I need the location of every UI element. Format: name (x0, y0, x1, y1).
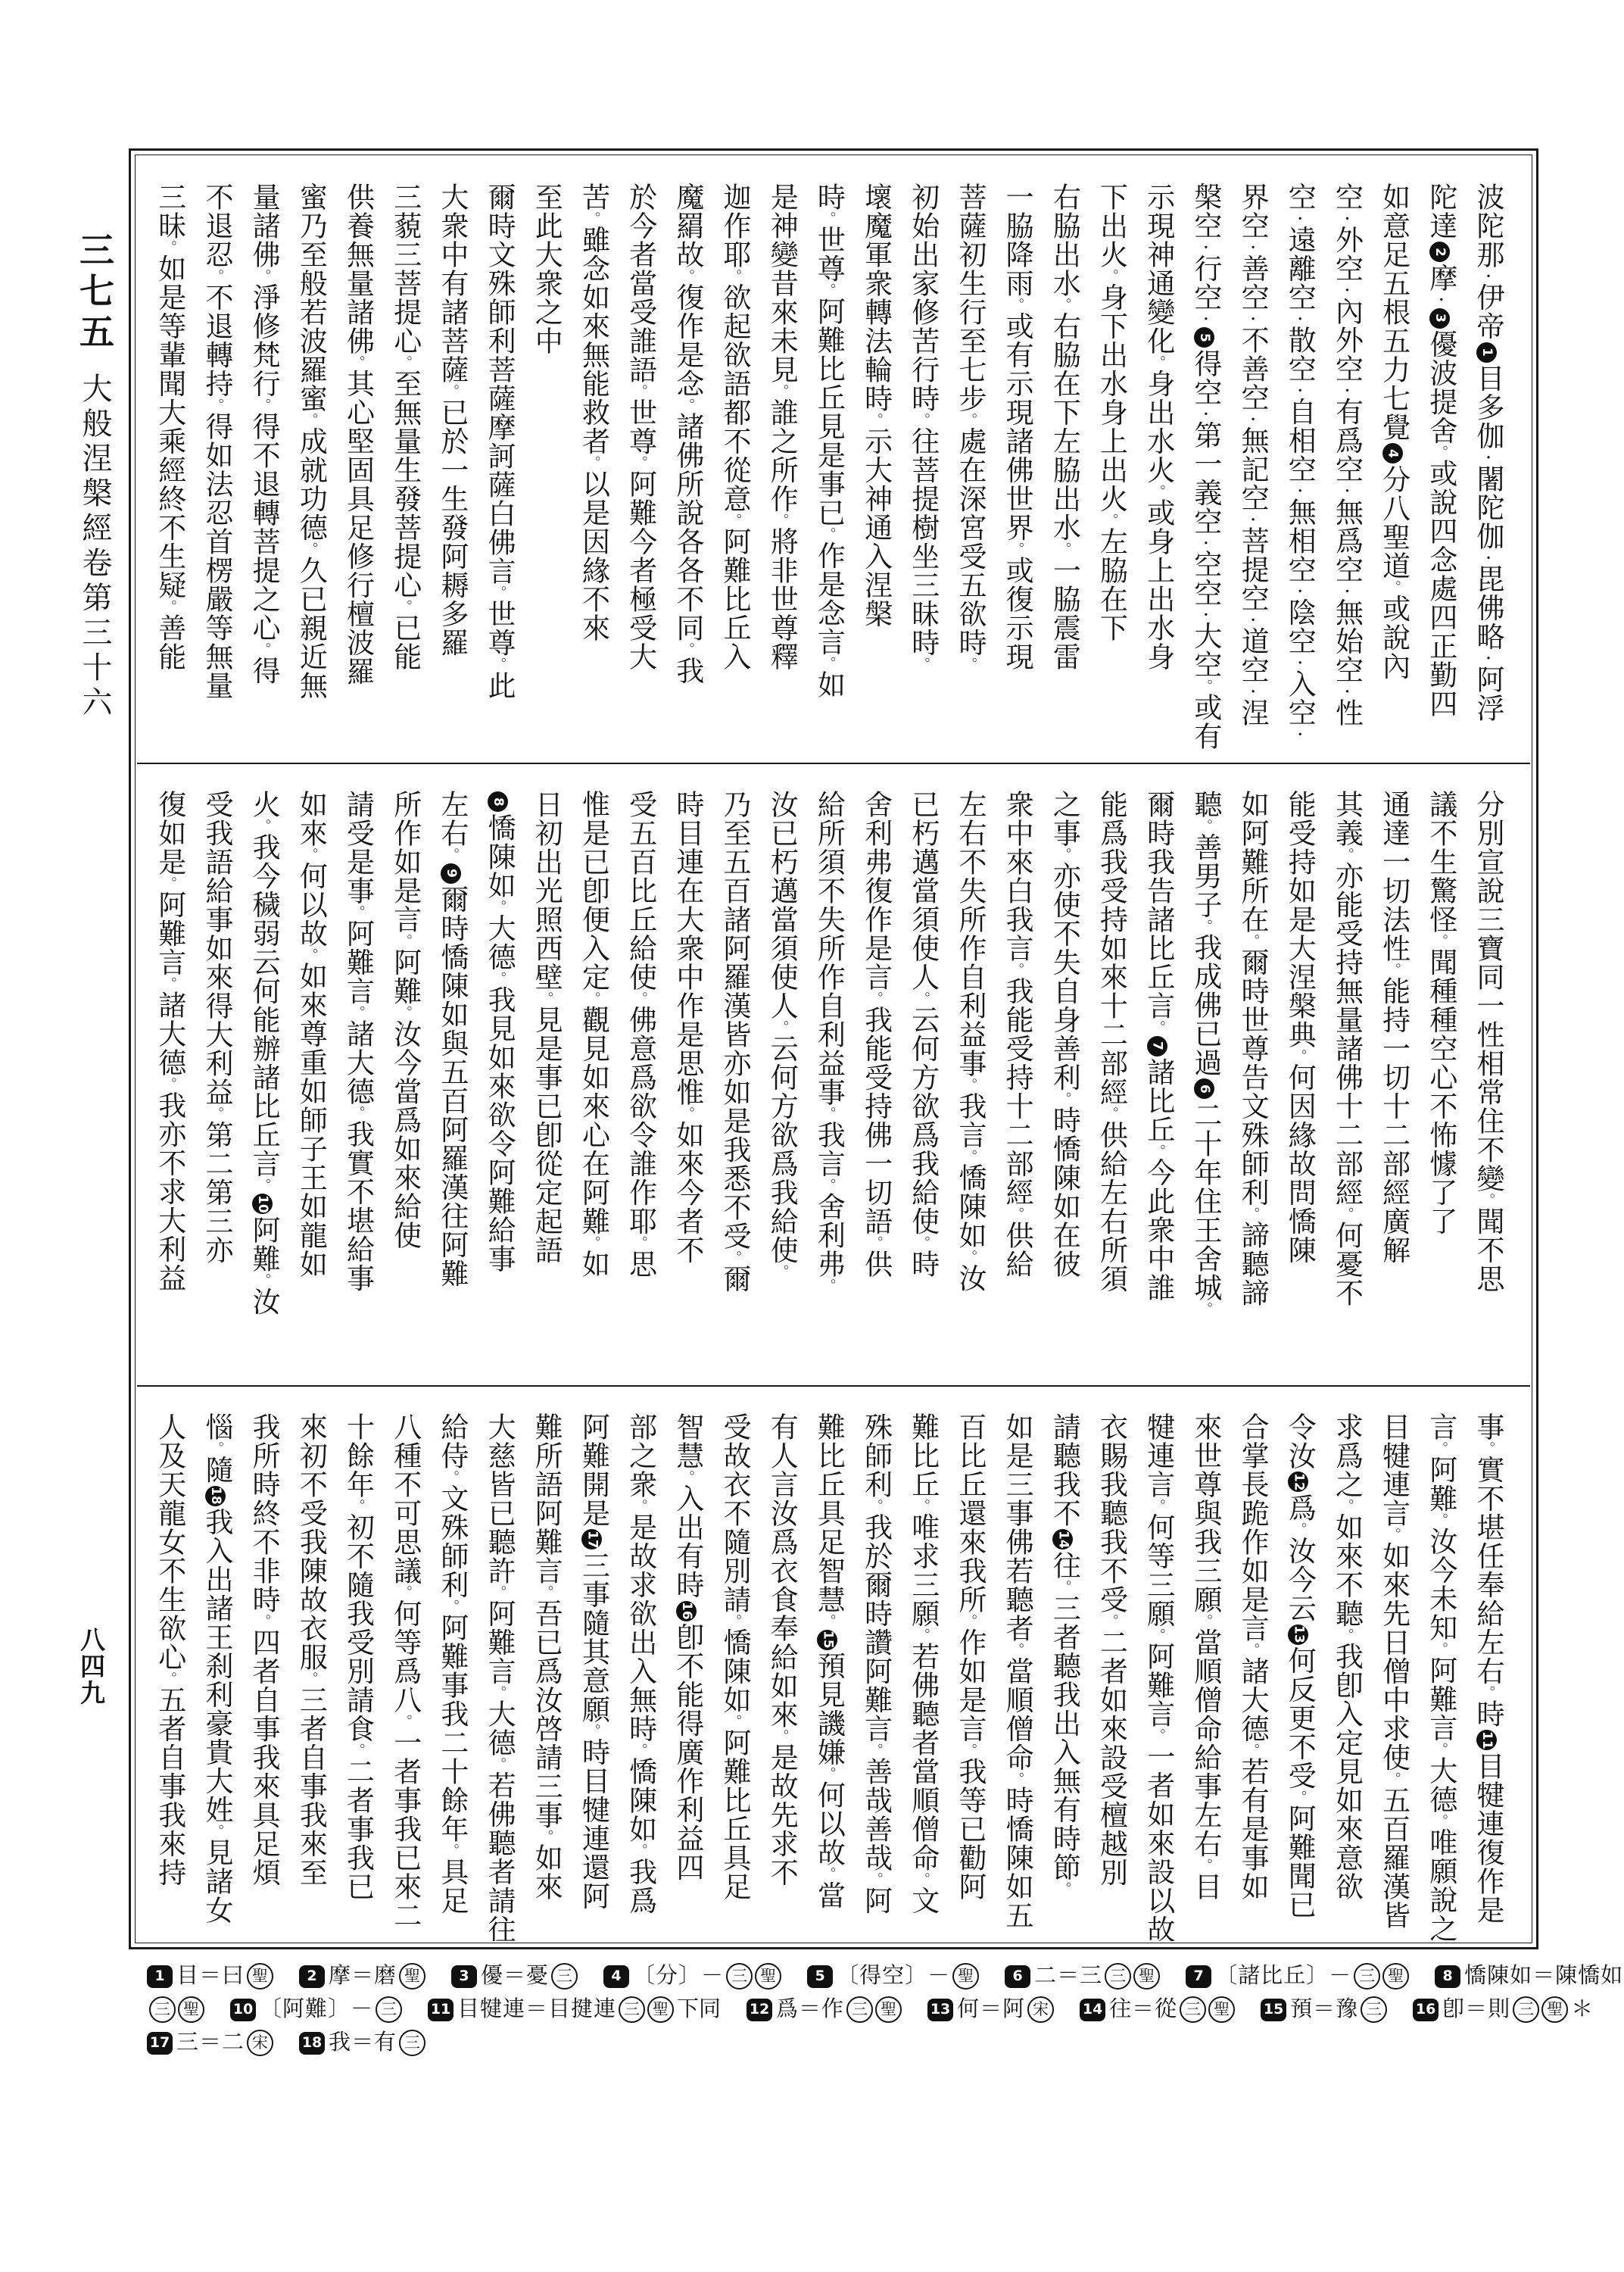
punctuation: ・ (1479, 651, 1495, 666)
collation-note: 2摩＝磨聖 (299, 1963, 425, 1990)
punctuation: 。 (632, 1236, 647, 1250)
note-tail: 下同 (677, 1999, 721, 2021)
text-column: 如是三事佛若聽者。當順僧命。時憍陳如五 (993, 1412, 1040, 1933)
punctuation: ・ (1291, 656, 1306, 670)
footnote-marker: 3 (1429, 308, 1450, 329)
punctuation: 。 (255, 819, 270, 833)
punctuation: 。 (444, 1599, 459, 1614)
punctuation: 。 (208, 1824, 223, 1839)
punctuation: 。 (444, 1843, 459, 1858)
edition-siglum: 三 (846, 1996, 873, 2023)
edition-siglum: 三 (1180, 1996, 1206, 2023)
punctuation: 。 (1386, 963, 1401, 977)
collation-note: 14往＝從三聖 (1080, 1996, 1235, 2023)
collation-note: 8憍陳如＝陳憍如宋 (1435, 1963, 1624, 1990)
text-column: 惟是已卽便入定。觀見如來心在阿難。如 (569, 790, 616, 1378)
note-text: 預＝豫 (1290, 1999, 1358, 2021)
punctuation: 。 (1432, 1513, 1448, 1528)
punctuation: ・ (1197, 240, 1212, 254)
note-text: 二＝三 (1034, 1965, 1102, 1987)
collation-line: 1目＝曰聖2摩＝磨聖3優＝憂三4〔分〕－三聖5〔得空〕－聖6二＝三三聖7〔諸比丘… (147, 1963, 1552, 1990)
text-column: 給侍。文殊師利。阿難事我二十餘年。具足 (428, 1412, 475, 1933)
footnote-marker: 4 (1382, 443, 1403, 463)
text-column: 下出火。身下出水身上出火。左脇在下 (1086, 183, 1133, 755)
punctuation: 。 (255, 398, 270, 413)
punctuation: 。 (915, 1872, 930, 1887)
edition-siglum: 三 (399, 2030, 425, 2056)
collation-note: 3優＝憂三 (451, 1963, 578, 1990)
text-column: 令汝12爲。汝今云13何反更不受。阿難聞已 (1275, 1412, 1322, 1933)
text-column: 左右不失所作自利益事。我言。憍陳如。汝 (946, 790, 993, 1378)
footnote-marker: 7 (1147, 1036, 1167, 1056)
text-column: 言。阿難。汝今未知。阿難言。大德。唯願說之。 (1417, 1412, 1463, 1933)
text-column: 復如是。阿難言。諸大德。我亦不求大利益 (145, 790, 192, 1378)
punctuation: 。 (1291, 1790, 1306, 1805)
text-column: 乃至五百諸阿羅漢皆亦如是我悉不受。爾 (710, 790, 757, 1378)
note-number-badge: 13 (927, 1999, 953, 2021)
punctuation: 。 (208, 1106, 223, 1121)
text-column: 迦作耶。欲起欲語都不從意。阿難比丘入 (710, 183, 757, 755)
footnote-marker: 8 (488, 791, 508, 812)
punctuation: ・ (1479, 551, 1495, 565)
punctuation: 。 (962, 1078, 977, 1092)
note-number-badge: 16 (1413, 1999, 1439, 2021)
punctuation: ・ (1338, 211, 1353, 226)
text-column: 陀達2摩・3優波提舍。或說四念處四正勤四 (1417, 183, 1463, 755)
text-column: 魔羂故。復作是念。諸佛所說各各不同。我 (663, 183, 710, 755)
edition-siglum: 三 (1105, 1963, 1131, 1990)
punctuation: 。 (161, 876, 176, 891)
punctuation: 。 (1338, 847, 1353, 862)
note-text: 我＝有 (329, 2032, 397, 2054)
edition-siglum: 聖 (1541, 1996, 1568, 2023)
punctuation: 。 (1150, 355, 1165, 370)
punctuation: 。 (1338, 1207, 1353, 1222)
text-column: 汝已朽邁當須使人。云何方欲爲我給使。 (757, 790, 804, 1378)
punctuation: 。 (1055, 1580, 1071, 1594)
punctuation: 。 (208, 1441, 223, 1456)
punctuation: 。 (915, 1628, 930, 1643)
punctuation: 。 (1150, 1728, 1165, 1743)
collation-note: 4〔分〕－三聖 (603, 1963, 781, 1990)
punctuation: 。 (632, 1499, 647, 1513)
text-column: 所作如是言。阿難。汝今當爲如來給使 (381, 790, 428, 1378)
note-text: 爲＝作 (776, 1999, 844, 2021)
edition-siglum: 聖 (1208, 1996, 1235, 2023)
edition-siglum: 三 (149, 1996, 176, 2023)
text-column: 來世尊與我三願。當順僧命給事左右。目 (1181, 1412, 1228, 1933)
text-column: 示現神通變化。身出水火。或身上出水身 (1134, 183, 1181, 755)
text-column: 爾時我告諸比丘言。7諸比丘。今此衆中誰 (1134, 790, 1181, 1378)
punctuation: 。 (868, 991, 883, 1006)
punctuation: 。 (1103, 1614, 1118, 1628)
punctuation: ・ (1244, 513, 1259, 527)
text-column: 空・遠離空・散空・自相空・無相空・陰空・入空・ (1275, 183, 1322, 755)
punctuation: 。 (773, 513, 788, 528)
note-text: 〔諸比丘〕－ (1215, 1965, 1351, 1987)
punctuation: 。 (584, 991, 600, 1006)
punctuation: 。 (915, 991, 930, 1006)
punctuation: 。 (302, 847, 317, 862)
punctuation: 。 (1479, 1441, 1495, 1456)
punctuation: 。 (161, 977, 176, 991)
punctuation: 。 (1197, 1302, 1212, 1316)
punctuation: 。 (255, 1273, 270, 1287)
punctuation: 。 (773, 1020, 788, 1035)
punctuation: 。 (1055, 1882, 1071, 1896)
text-column: 於今者當受誰語。世尊。阿難今者極受大 (616, 183, 662, 755)
collation-note: 16卽＝則三聖＊ (1413, 1996, 1593, 2023)
punctuation: 。 (1008, 1207, 1024, 1222)
text-column: 議不生驚怪。聞種種空心不怖懅了了 (1417, 790, 1463, 1378)
text-column: 合掌長跪作如是言。諸大德。若有是事如 (1228, 1412, 1275, 1933)
punctuation: 。 (538, 991, 553, 1006)
note-tail: ＊ (1571, 1999, 1593, 2021)
edition-siglum: 宋 (1027, 1996, 1054, 2023)
punctuation: 。 (302, 948, 317, 963)
text-column: 其義。亦能受持無量諸佛十二部經。何憂不 (1322, 790, 1369, 1378)
punctuation: 。 (915, 413, 930, 427)
edition-siglum: 聖 (1133, 1963, 1160, 1990)
punctuation: 。 (1386, 580, 1401, 595)
collation-notes: 1目＝曰聖2摩＝磨聖3優＝憂三4〔分〕－三聖5〔得空〕－聖6二＝三三聖7〔諸比丘… (147, 1963, 1552, 2063)
punctuation: 。 (679, 1106, 694, 1121)
text-column: 如阿難所在。爾時世尊告文殊師利。諦聽諦 (1228, 790, 1275, 1378)
punctuation: ・ (1197, 607, 1212, 622)
punctuation: ・ (1338, 383, 1353, 398)
punctuation: 。 (397, 1585, 412, 1599)
punctuation: 。 (1432, 1642, 1448, 1656)
punctuation: ・ (1291, 312, 1306, 326)
text-column: 如來。何以故。如來尊重如師子王如龍如 (286, 790, 333, 1378)
edition-siglum: 聖 (755, 1963, 781, 1990)
punctuation: 。 (1055, 847, 1071, 862)
punctuation: 。 (584, 211, 600, 226)
punctuation: 。 (350, 1106, 365, 1120)
punctuation: 。 (820, 657, 835, 671)
text-column: 時。世尊。阿難比丘見是事已。作是念言。如 (804, 183, 851, 755)
footnote-marker: 15 (817, 1630, 837, 1650)
text-column: 8憍陳如。大德。我見如來欲令阿難給事 (475, 790, 522, 1378)
text-column: 波陀那・伊帝1目多伽・闍陀伽・毘佛略・阿浮 (1463, 183, 1510, 755)
note-number-badge: 17 (147, 2032, 173, 2055)
edition-siglum: 三 (619, 1996, 645, 2023)
text-column: 請聽我不14往。三者聽我出入無有時節。 (1040, 1412, 1086, 1933)
punctuation: 。 (632, 456, 647, 470)
collation-note: 11目犍連＝目揵連三聖下同 (428, 1996, 721, 2023)
punctuation: 。 (444, 384, 459, 398)
register-b: 分別宣說三寶同一性相常住不變。聞不思議不生驚怪。聞種種空心不怖懅了了通達一切法性… (137, 763, 1530, 1385)
collation-note: 7〔諸比丘〕－三聖 (1186, 1963, 1409, 1990)
text-column: 是神變昔來未見。誰之所作。將非世尊釋 (757, 183, 804, 755)
text-column: 百比丘還來我所。作如是言。我等已勸阿 (946, 1412, 993, 1933)
punctuation: 。 (302, 542, 317, 557)
punctuation: 。 (255, 1614, 270, 1628)
punctuation: 。 (584, 1236, 600, 1250)
edition-siglum: 聖 (952, 1963, 979, 1990)
punctuation: 。 (962, 1150, 977, 1164)
punctuation: ・ (1197, 312, 1212, 326)
footnote-marker: 11 (1476, 1730, 1497, 1750)
text-column: 難比丘具足智慧。15預見譏嫌。何以故。當 (804, 1412, 851, 1933)
punctuation: 。 (632, 1743, 647, 1758)
punctuation: 。 (1338, 1499, 1353, 1513)
punctuation: 。 (255, 269, 270, 283)
punctuation: 。 (1244, 1207, 1259, 1222)
punctuation: ・ (1338, 685, 1353, 699)
punctuation: 。 (1055, 1092, 1071, 1106)
punctuation: 。 (1432, 1743, 1448, 1757)
collation-note: 1目＝曰聖 (147, 1963, 273, 1990)
collation-note: 5〔得空〕－聖 (807, 1963, 979, 1990)
punctuation: 。 (1103, 269, 1118, 283)
footnote-marker: 2 (1429, 242, 1450, 262)
punctuation: 。 (161, 1671, 176, 1686)
sutra-number: 三七五 (70, 232, 120, 354)
collation-note: 三聖 (147, 1996, 204, 2023)
punctuation: 。 (302, 413, 317, 427)
note-text: 〔分〕－ (633, 1965, 724, 1987)
punctuation: 。 (679, 398, 694, 413)
text-column: 聽。善男子。我成佛已過6二十年住王舍城。 (1181, 790, 1228, 1378)
note-number-badge: 2 (299, 1965, 325, 1988)
punctuation: ・ (1479, 269, 1495, 283)
punctuation: 。 (1008, 298, 1024, 312)
footnote-marker: 9 (441, 863, 461, 884)
punctuation: ・ (1338, 484, 1353, 498)
punctuation: 。 (444, 1470, 459, 1484)
footnote-marker: 6 (1194, 1078, 1214, 1099)
edition-siglum: 聖 (1382, 1963, 1409, 1990)
note-text: 〔得空〕－ (837, 1965, 950, 1987)
punctuation: ・ (1338, 283, 1353, 298)
punctuation: 。 (1197, 819, 1212, 833)
footnote-marker: 5 (1194, 327, 1214, 348)
note-number-badge: 18 (299, 2032, 325, 2055)
page-number: 八四九 (73, 1627, 108, 1706)
punctuation: 。 (1432, 445, 1448, 460)
punctuation: 。 (208, 269, 223, 283)
punctuation: 。 (1244, 1643, 1259, 1657)
punctuation: 。 (397, 600, 412, 614)
punctuation: ・ (1197, 407, 1212, 421)
punctuation: 。 (962, 1614, 977, 1628)
punctuation: 。 (773, 1265, 788, 1279)
punctuation: 。 (1150, 485, 1165, 499)
punctuation: 。 (161, 600, 176, 614)
text-column: 犍連言。何等三願。阿難言。一者如來設以故 (1134, 1412, 1181, 1933)
note-text: 優＝憂 (481, 1965, 549, 1987)
punctuation: 。 (1197, 919, 1212, 934)
edition-siglum: 三 (551, 1963, 578, 1990)
text-column: 人及天龍女不生欲心。五者自事我來持 (145, 1412, 192, 1933)
text-frame: 波陀那・伊帝1目多伽・闍陀伽・毘佛略・阿浮陀達2摩・3優波提舍。或說四念處四正勤… (129, 148, 1538, 1949)
punctuation: 。 (491, 585, 506, 600)
text-column: 有人言汝爲衣食奉給如來。是故先求不 (757, 1412, 804, 1933)
text-column: 舍利弗復作是言。我能受持佛一切語。供 (851, 790, 898, 1378)
punctuation: 。 (397, 355, 412, 370)
text-column: 左右。9爾時憍陳如與五百阿羅漢往阿難 (428, 790, 475, 1378)
text-column: 壞魔軍衆轉法輪時。示大神通入涅槃 (851, 183, 898, 755)
text-column: 初始出家修苦行時。往菩提樹坐三昧時。 (899, 183, 946, 755)
footnote-marker: 12 (1288, 1471, 1308, 1492)
footnote-marker: 18 (205, 1486, 226, 1506)
text-column: 如意足五根五力七覺4分八聖道。或說內 (1369, 183, 1416, 755)
note-text: 往＝從 (1109, 1999, 1177, 2021)
punctuation: ・ (1197, 536, 1212, 551)
edition-siglum: 三 (1361, 1996, 1387, 2023)
collation-note: 17三＝二宋 (147, 2030, 273, 2056)
punctuation: 。 (1244, 934, 1259, 948)
punctuation: 。 (491, 900, 506, 914)
text-column: 三藐三菩提心。至無量生發菩提心。已能 (381, 183, 428, 755)
punctuation: 。 (726, 269, 741, 283)
note-number-badge: 12 (747, 1999, 772, 2021)
punctuation: 。 (491, 1585, 506, 1599)
punctuation: ・ (1432, 292, 1448, 307)
text-column: 空・外空・內外空・有爲空・無爲空・無始空・性 (1322, 183, 1369, 755)
text-column: 難所語阿難言。吾已爲汝啓請三事。如來 (522, 1412, 569, 1933)
punctuation: 。 (350, 1006, 365, 1020)
text-column: 量諸佛。淨修梵行。得不退轉菩提之心。得 (239, 183, 286, 755)
text-column: 大衆中有諸菩薩。已於一生發阿耨多羅 (428, 183, 475, 755)
punctuation: 。 (632, 1843, 647, 1858)
punctuation: 。 (1150, 1628, 1165, 1643)
punctuation: 。 (1479, 1686, 1495, 1700)
footnote-marker: 10 (252, 1194, 273, 1214)
registers-container: 波陀那・伊帝1目多伽・闍陀伽・毘佛略・阿浮陀達2摩・3優波提舍。或說四念處四正勤… (137, 157, 1530, 1941)
punctuation: 。 (584, 456, 600, 470)
punctuation: 。 (820, 1614, 835, 1628)
punctuation: 。 (962, 1250, 977, 1264)
punctuation: 。 (1244, 1743, 1259, 1758)
text-column: 我所時終不非時。四者自事我來具足煩 (239, 1412, 286, 1933)
punctuation: 。 (491, 1686, 506, 1700)
note-number-badge: 4 (603, 1965, 629, 1988)
text-column: 十餘年。初不隨我受別請食。二者事我已 (333, 1412, 380, 1933)
note-text: 憍陳如＝陳憍如 (1464, 1965, 1623, 1987)
punctuation: 。 (1432, 1814, 1448, 1828)
punctuation: 。 (726, 513, 741, 528)
punctuation: 。 (915, 1499, 930, 1513)
punctuation: 。 (1008, 1643, 1024, 1657)
text-column: 受故衣不隨別請。憍陳如。阿難比丘具足 (710, 1412, 757, 1933)
text-column: 不退忍。不退轉持。得如法忍首楞嚴等無量 (192, 183, 239, 755)
edition-siglum: 三 (1513, 1996, 1539, 2023)
footnote-marker: 13 (1288, 1624, 1308, 1645)
edition-siglum: 聖 (178, 1996, 204, 2023)
text-column: 界空・善空・不善空・無記空・菩提空・道空・涅 (1228, 183, 1275, 755)
punctuation: 。 (915, 657, 930, 672)
punctuation: 。 (1103, 1106, 1118, 1121)
text-column: 蜜乃至般若波羅蜜。成就功德。久已親近無 (286, 183, 333, 755)
collation-note: 12爲＝作三聖 (747, 1996, 902, 2023)
punctuation: 。 (726, 1250, 741, 1265)
punctuation: 。 (538, 1585, 553, 1599)
punctuation: 。 (1008, 542, 1024, 557)
punctuation: 。 (350, 1743, 365, 1758)
note-text: 〔阿難〕－ (260, 1999, 373, 2021)
punctuation: 。 (161, 240, 176, 254)
punctuation: 。 (1432, 1441, 1448, 1456)
punctuation: ・ (1244, 412, 1259, 426)
note-number-badge: 11 (428, 1999, 454, 2021)
note-number-badge: 5 (807, 1965, 833, 1988)
text-column: 求爲之。如來不聽。我卽入定見如來意欲 (1322, 1412, 1369, 1933)
punctuation: 。 (820, 211, 835, 226)
punctuation: ・ (1244, 312, 1259, 326)
collation-line: 17三＝二宋18我＝有三 (147, 2030, 1552, 2056)
text-column: 大慈皆已聽許。阿難言。大德。若佛聽者請往 (475, 1412, 522, 1933)
punctuation: 。 (962, 413, 977, 427)
edition-siglum: 聖 (875, 1996, 902, 2023)
fascicle-title: 大般涅槃經卷第三十六 (73, 373, 117, 721)
punctuation: ・ (1291, 727, 1306, 741)
punctuation: 。 (397, 934, 412, 948)
footnote-marker: 16 (676, 1601, 697, 1621)
punctuation: 。 (632, 991, 647, 1006)
text-column: 供養無量諸佛。其心堅固具足修行檀波羅 (333, 183, 380, 755)
footnote-marker: 1 (1476, 342, 1497, 363)
note-number-badge: 10 (230, 1999, 256, 2021)
text-column: 已朽邁當須使人。云何方欲爲我給使。時 (899, 790, 946, 1378)
text-column: 日初出光照西壁。見是事已卽從定起語 (522, 790, 569, 1378)
punctuation: 。 (868, 1743, 883, 1758)
punctuation: 。 (1197, 679, 1212, 694)
punctuation: 。 (1291, 1522, 1306, 1537)
punctuation: 。 (350, 355, 365, 370)
punctuation: 。 (584, 1724, 600, 1738)
note-number-badge: 6 (1005, 1965, 1030, 1988)
text-column: 給所須不失所作自利益事。我言。舍利弗。 (804, 790, 851, 1378)
text-column: 通達一切法性。能持一切十二部經廣解 (1369, 790, 1416, 1378)
edition-siglum: 宋 (247, 2030, 273, 2056)
punctuation: 。 (679, 642, 694, 657)
note-number-badge: 8 (1435, 1965, 1460, 1988)
punctuation: 。 (1432, 934, 1448, 948)
punctuation: ・ (1479, 451, 1495, 465)
text-column: 槃空・行空・5得空・第一義空・空空・大空。或有 (1181, 183, 1228, 755)
footnote-marker: 14 (1052, 1529, 1073, 1550)
punctuation: 。 (1197, 1858, 1212, 1873)
punctuation: 。 (1150, 1144, 1165, 1159)
punctuation: 。 (820, 283, 835, 298)
scanned-sutra-page: { "margin": { "sutra_no": "三七五", "fascic… (0, 0, 1624, 2272)
note-text: 摩＝磨 (329, 1965, 397, 1987)
punctuation: 。 (868, 1872, 883, 1887)
punctuation: ・ (1244, 613, 1259, 627)
punctuation: 。 (302, 1671, 317, 1686)
register-a: 波陀那・伊帝1目多伽・闍陀伽・毘佛略・阿浮陀達2摩・3優波提舍。或說四念處四正勤… (137, 157, 1530, 763)
text-column: 惱。隨18我入出諸王刹利豪貴大姓。見諸女 (192, 1412, 239, 1933)
punctuation: ・ (1291, 484, 1306, 498)
punctuation: 。 (1479, 1193, 1495, 1207)
punctuation: 。 (1055, 298, 1071, 312)
punctuation: ・ (1244, 685, 1259, 699)
punctuation: 。 (820, 1867, 835, 1881)
text-column: 來初不受我陳故衣服。三者自事我來至 (286, 1412, 333, 1933)
punctuation: 。 (1008, 963, 1024, 977)
punctuation: 。 (773, 384, 788, 398)
punctuation: ・ (1291, 383, 1306, 398)
punctuation: ・ (1244, 240, 1259, 254)
punctuation: 。 (1291, 1049, 1306, 1063)
text-column: 之事。亦使不失自身善利。時憍陳如在彼 (1040, 790, 1086, 1378)
text-column: 受五百比丘給使。佛意爲欲令誰作耶。思 (616, 790, 662, 1378)
collation-note: 15預＝豫三 (1261, 1996, 1387, 2023)
note-number-badge: 14 (1080, 1999, 1105, 2021)
text-column: 爾時文殊師利菩薩摩訶薩白佛言。世尊。此 (475, 183, 522, 755)
